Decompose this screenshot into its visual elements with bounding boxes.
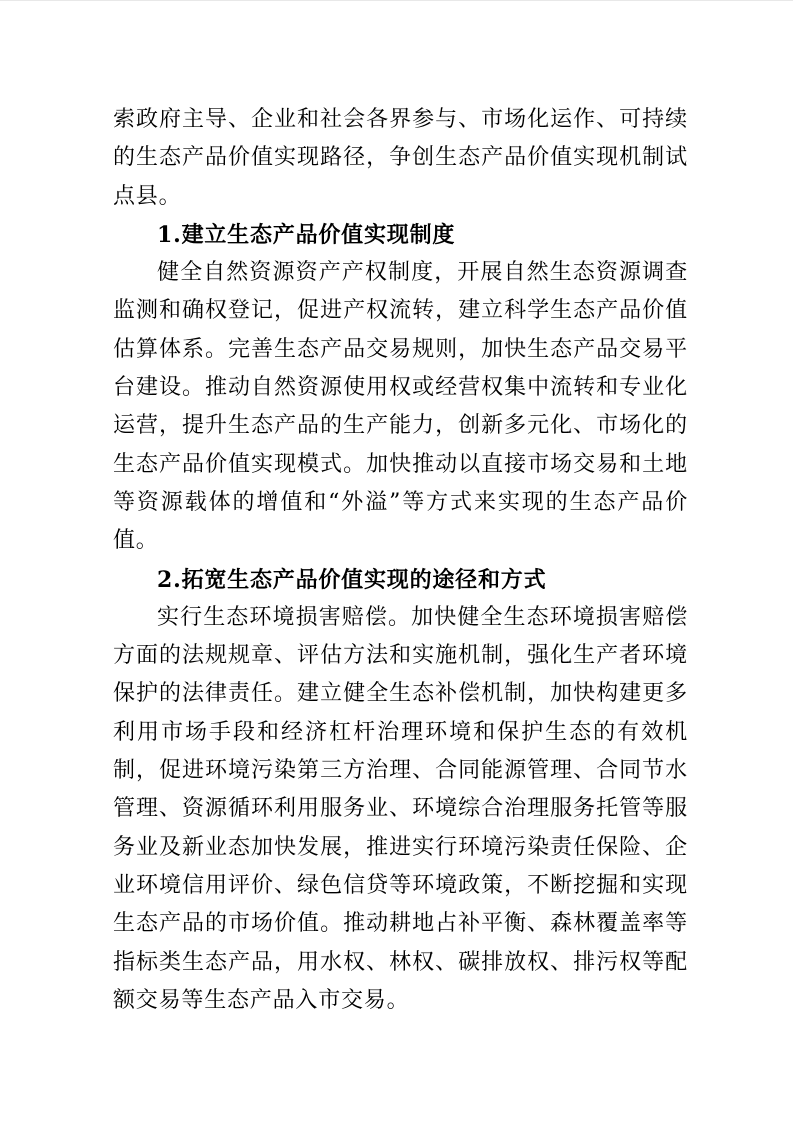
paragraph-continued-from-previous-page: 索政府主导、企业和社会各界参与、市场化运作、可持续的生态产品价值实现路径，争创生…: [113, 101, 688, 216]
document-body-text: 索政府主导、企业和社会各界参与、市场化运作、可持续的生态产品价值实现路径，争创生…: [113, 101, 688, 1020]
section-2-body-paragraph: 实行生态环境损害赔偿。加快健全生态环境损害赔偿方面的法规规章、评估方法和实施机制…: [113, 599, 688, 1020]
section-1-body-paragraph: 健全自然资源资产产权制度，开展自然生态资源调查监测和确权登记，促进产权流转，建立…: [113, 254, 688, 560]
section-2-heading: 2.拓宽生态产品价值实现的途径和方式: [113, 561, 688, 599]
document-page: 索政府主导、企业和社会各界参与、市场化运作、可持续的生态产品价值实现路径，争创生…: [0, 0, 793, 1122]
section-1-heading: 1.建立生态产品价值实现制度: [113, 216, 688, 254]
